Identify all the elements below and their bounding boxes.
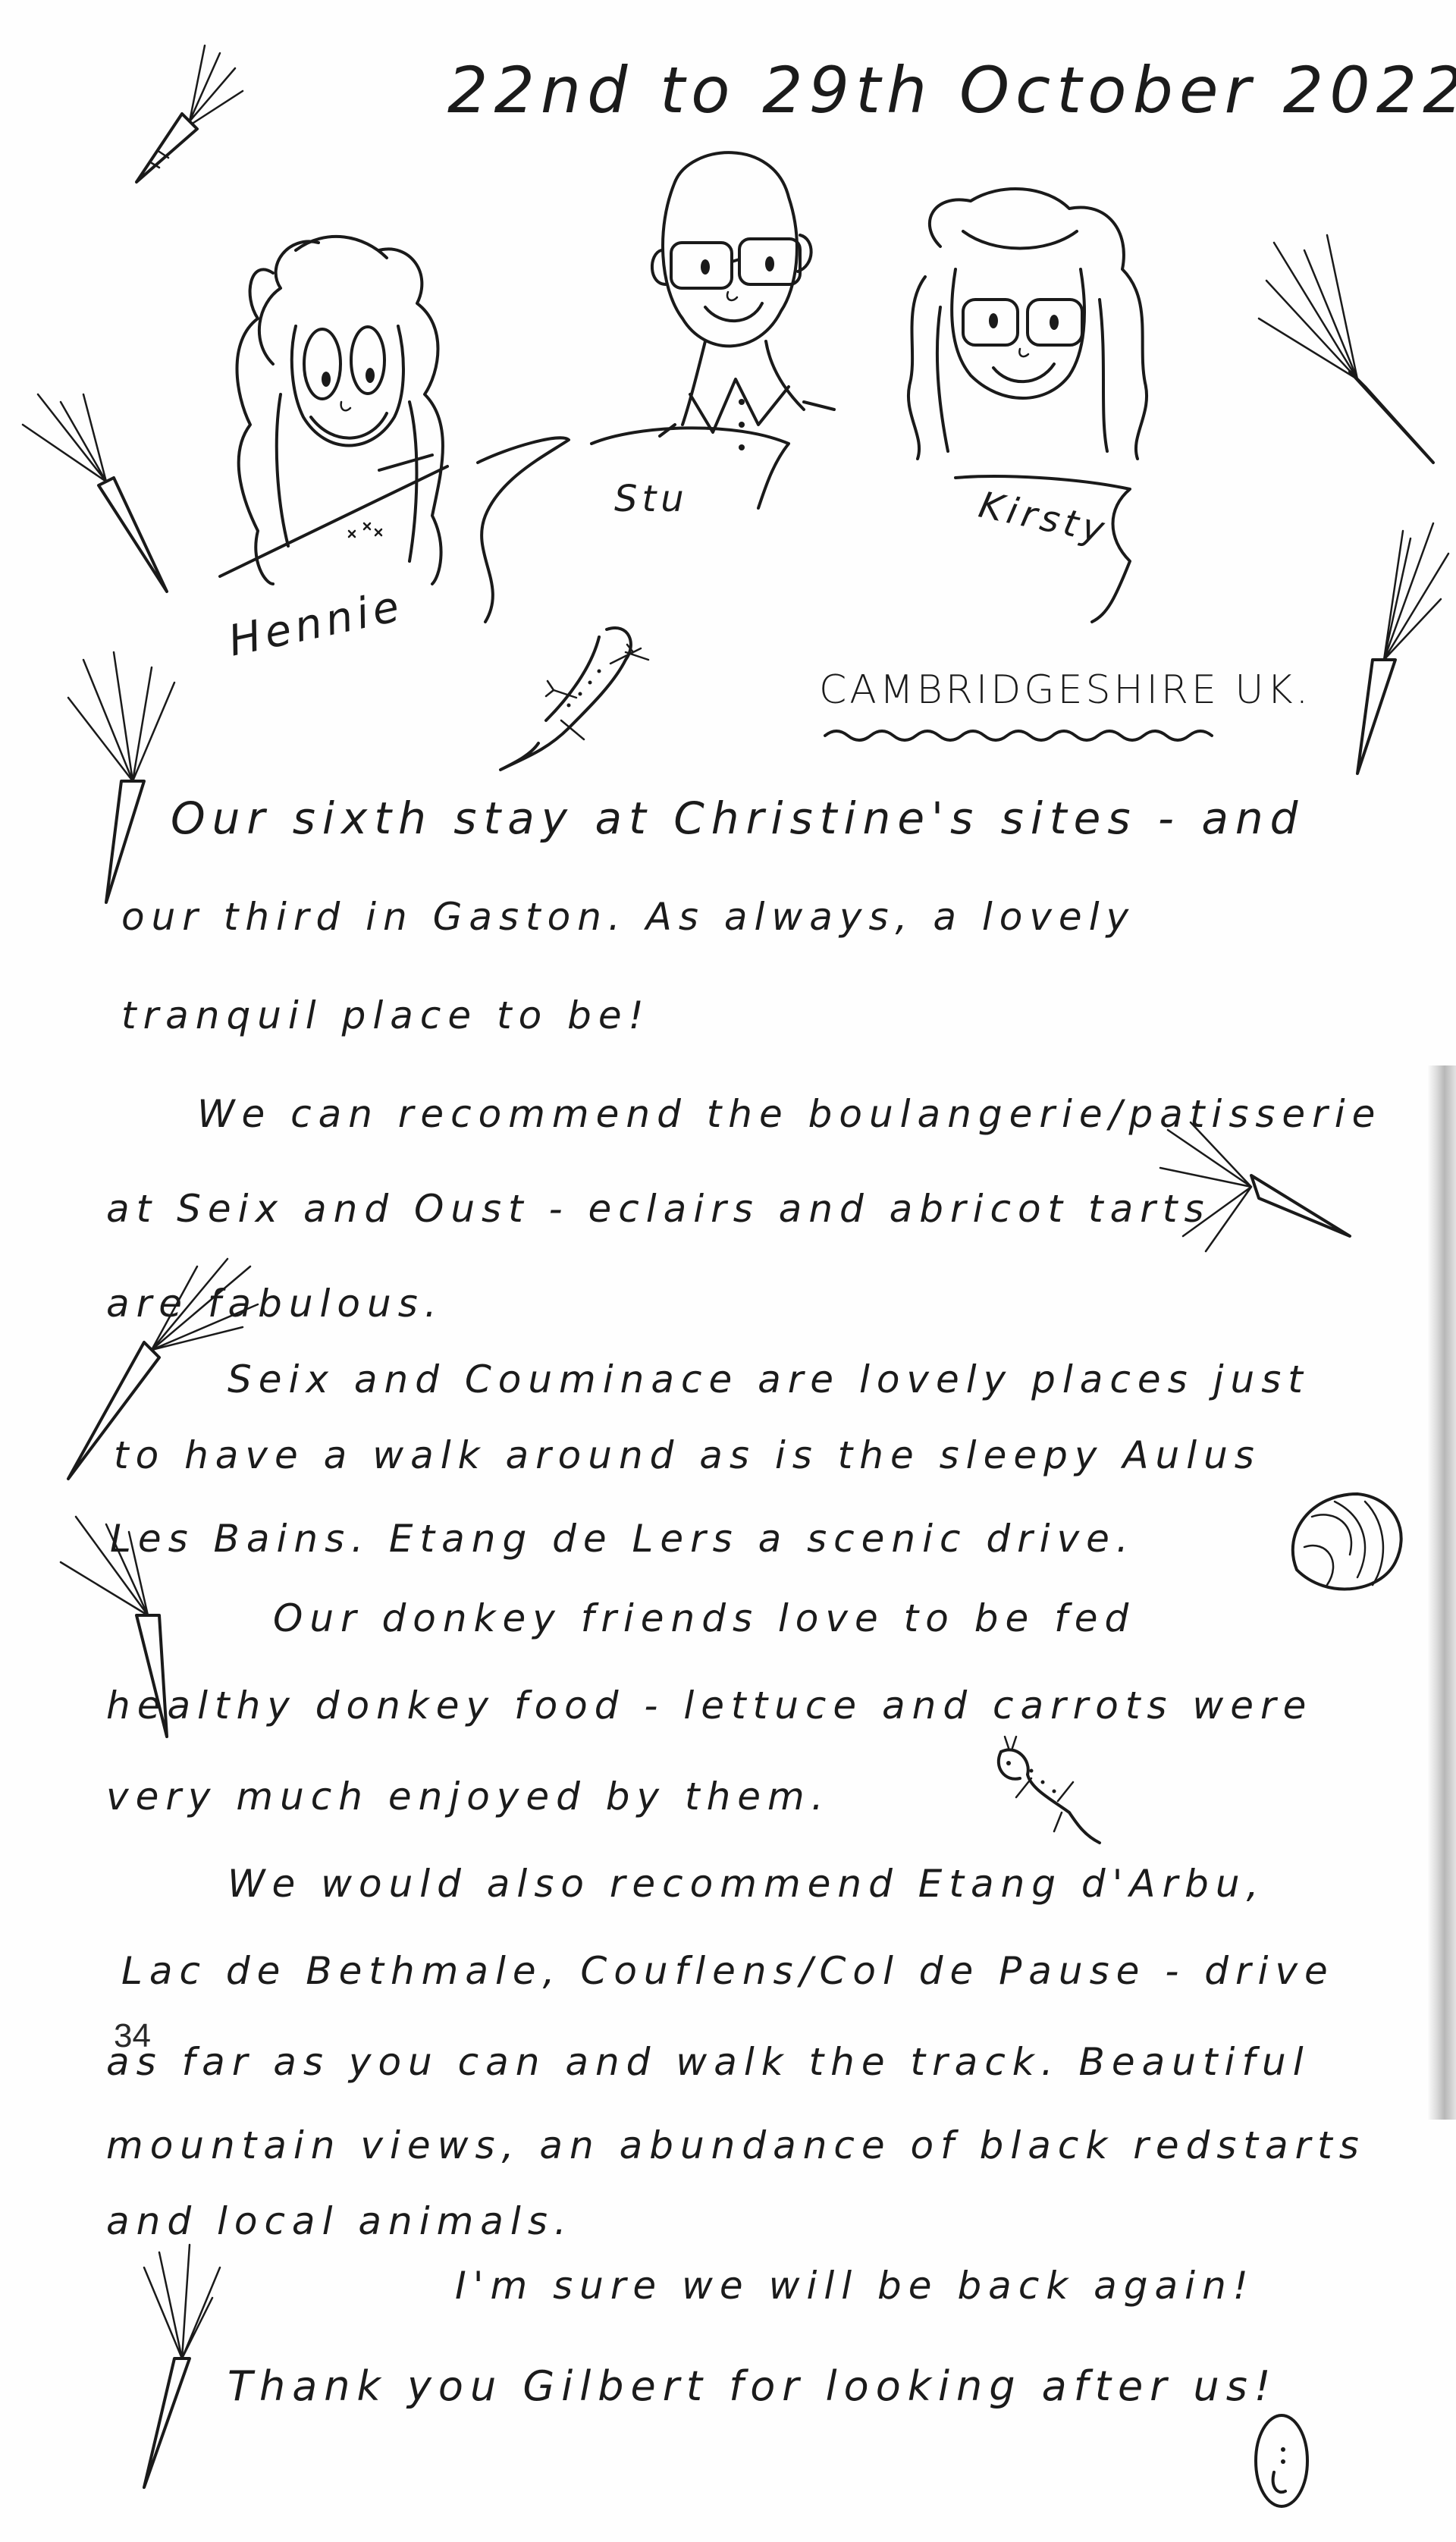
paragraph-2-line-2: at Seix and Oust - eclairs and abricot t… <box>106 1187 1211 1231</box>
closing-line-2: Thank you Gilbert for looking after us! <box>227 2362 1278 2410</box>
portrait-kirsty-icon <box>872 186 1213 459</box>
name-label-stu: Stu <box>614 478 689 520</box>
newt-icon <box>986 1737 1122 1850</box>
carrot-icon <box>114 38 250 190</box>
page-gutter-shadow <box>1427 1065 1456 2120</box>
portrait-stu-icon <box>576 137 895 455</box>
newt-icon <box>485 607 682 789</box>
paragraph-5-line-1: We would also recommend Etang d'Arbu, <box>227 1862 1265 1906</box>
carrot-icon <box>61 1259 258 1486</box>
carrot-icon <box>1259 235 1441 463</box>
paragraph-5-line-2: Lac de Bethmale, Couflens/Col de Pause -… <box>121 1949 1335 1993</box>
carrot-icon <box>23 394 174 592</box>
paragraph-1-line-2: our third in Gaston. As always, a lovely <box>121 895 1135 939</box>
carrot-icon <box>1327 523 1448 781</box>
paragraph-3-line-3: Les Bains. Etang de Lers a scenic drive. <box>110 1517 1135 1561</box>
paragraph-1-line-3: tranquil place to be! <box>121 993 651 1037</box>
paragraph-4-line-2: healthy donkey food - lettuce and carrot… <box>106 1684 1313 1728</box>
paragraph-3-line-2: to have a walk around as is the sleepy A… <box>114 1433 1261 1477</box>
paragraph-3-line-1: Seix and Couminace are lovely places jus… <box>227 1357 1310 1401</box>
carrot-icon <box>68 652 190 910</box>
paragraph-1-line-1: Our sixth stay at Christine's sites - an… <box>171 792 1305 844</box>
page-number: 34 <box>114 2017 151 2055</box>
closing-line-1: I'm sure we will be back again! <box>455 2264 1255 2308</box>
lettuce-icon <box>1282 1486 1410 1600</box>
entry-date-title: 22nd to 29th October 2022 <box>447 53 1456 127</box>
carrot-icon <box>1160 1122 1357 1274</box>
carrot-icon <box>61 1517 212 1744</box>
smiley-icon <box>1244 2412 1319 2510</box>
guestbook-page: 22nd to 29th October 2022 <box>0 0 1456 2542</box>
paragraph-5-line-3: as far as you can and walk the track. Be… <box>106 2040 1310 2084</box>
carrot-icon <box>99 2245 250 2495</box>
paragraph-5-line-4: mountain views, an abundance of black re… <box>106 2123 1366 2167</box>
paragraph-5-line-5: and local animals. <box>106 2199 573 2243</box>
wavy-underline-icon <box>825 724 1219 747</box>
paragraph-4-line-3: very much enjoyed by them. <box>106 1775 830 1819</box>
location-label: CAMBRIDGESHIRE UK. <box>819 667 1311 713</box>
paragraph-4-line-1: Our donkey friends love to be fed <box>273 1596 1135 1640</box>
